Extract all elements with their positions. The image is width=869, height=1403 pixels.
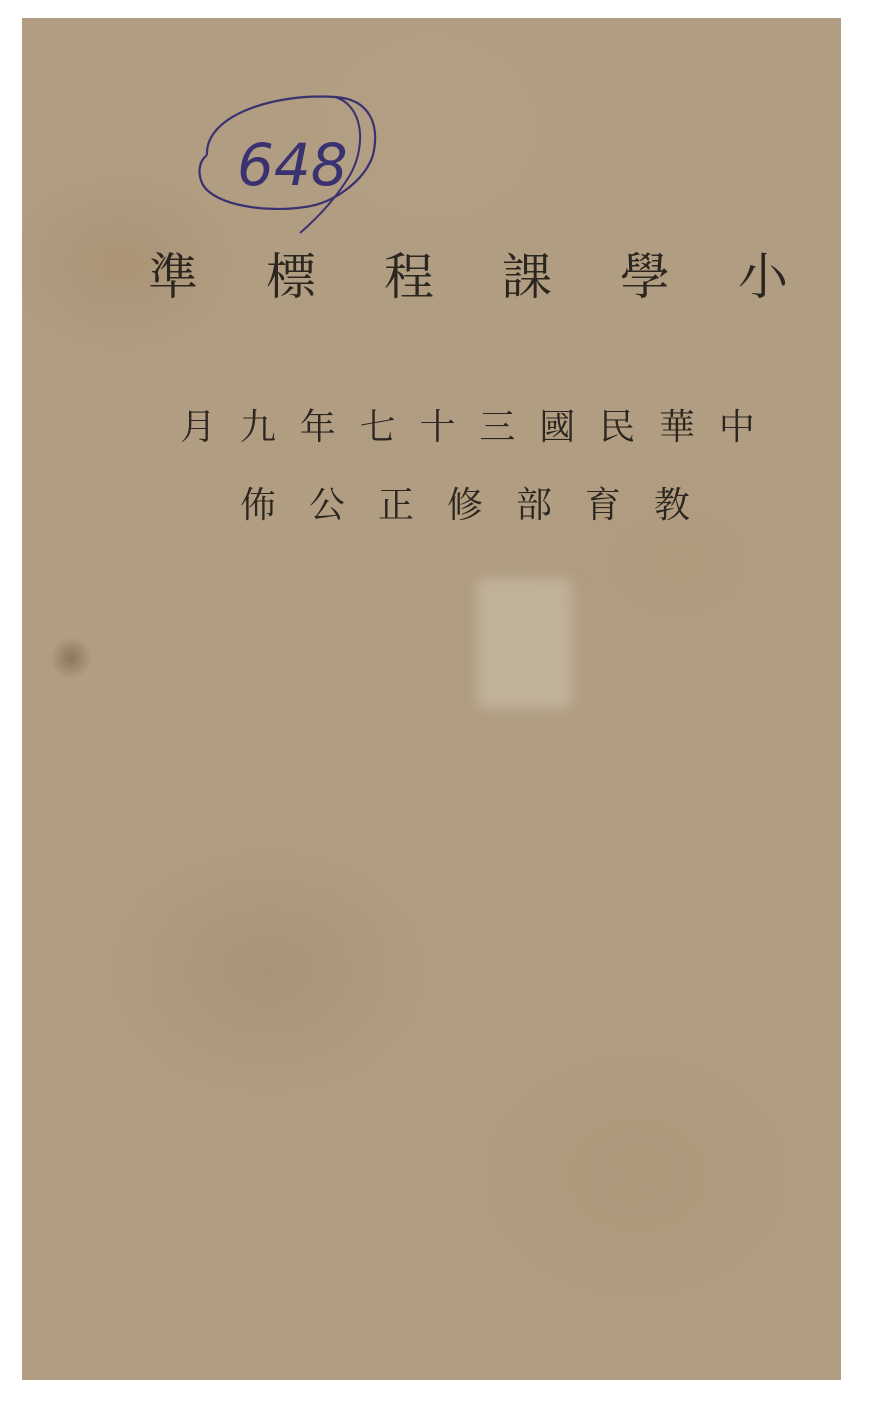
issuer-char: 修 — [447, 488, 483, 524]
title-char: 學 — [620, 252, 670, 302]
date-char: 年 — [300, 410, 336, 446]
title-char: 程 — [384, 252, 434, 302]
issuer-char: 育 — [585, 488, 621, 524]
issuer-char: 佈 — [240, 488, 276, 524]
date-char: 月 — [180, 410, 216, 446]
title-char: 標 — [266, 252, 316, 302]
issuer-char: 部 — [516, 488, 552, 524]
faded-label-patch — [477, 578, 572, 708]
issuer-line: 教 育 部 修 正 公 佈 — [240, 488, 690, 524]
title-char: 小 — [738, 252, 788, 302]
publication-date: 中 華 民 國 三 十 七 年 九 月 — [180, 410, 755, 446]
handwritten-call-number: 648 — [185, 85, 385, 235]
date-char: 七 — [360, 410, 396, 446]
title-char: 課 — [502, 252, 552, 302]
date-char: 中 — [719, 410, 755, 446]
date-char: 華 — [659, 410, 695, 446]
issuer-char: 公 — [309, 488, 345, 524]
date-char: 九 — [240, 410, 276, 446]
book-cover — [22, 18, 841, 1380]
issuer-char: 教 — [654, 488, 690, 524]
title-char: 準 — [148, 252, 198, 302]
date-char: 國 — [539, 410, 575, 446]
date-char: 十 — [420, 410, 456, 446]
handwritten-number-text: 648 — [237, 131, 348, 199]
issuer-char: 正 — [378, 488, 414, 524]
cover-title: 小 學 課 程 標 準 — [148, 252, 788, 302]
date-char: 民 — [599, 410, 635, 446]
date-char: 三 — [479, 410, 515, 446]
